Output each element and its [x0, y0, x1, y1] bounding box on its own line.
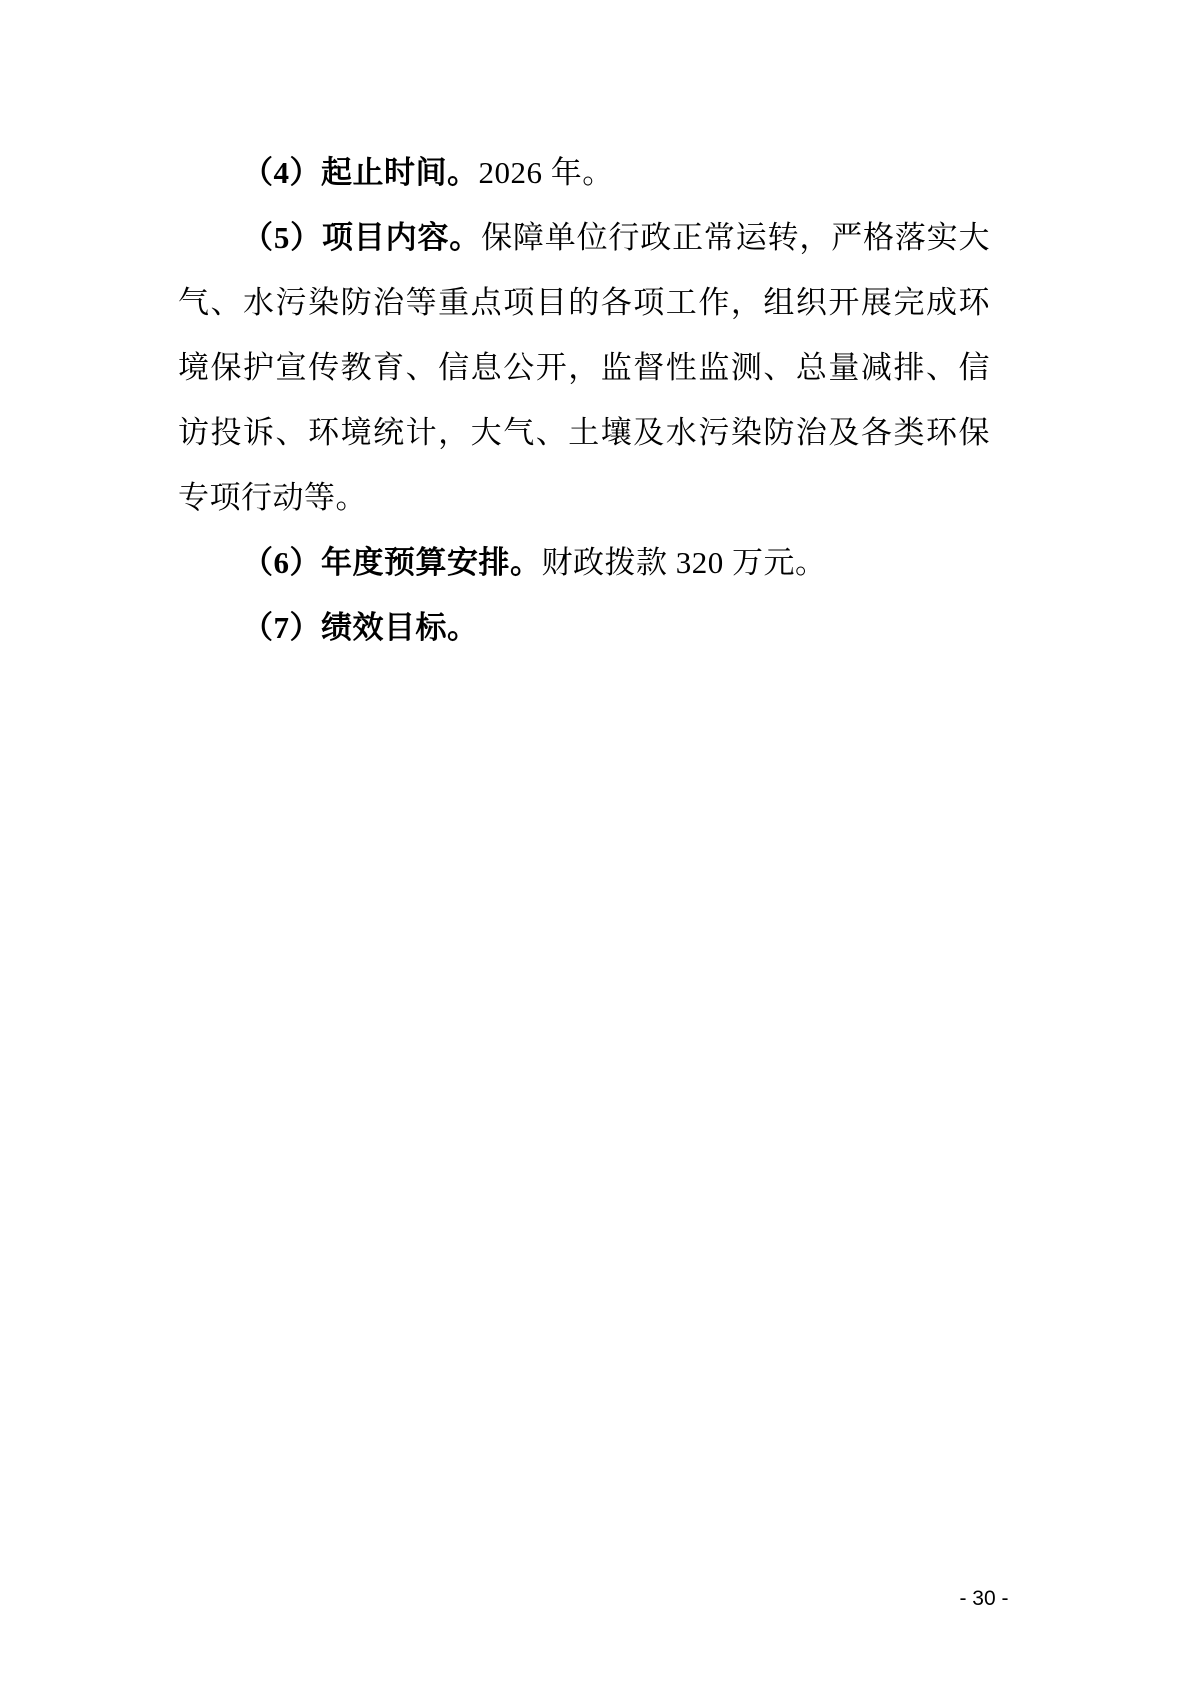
paragraph-4-start-end-time: （4）起止时间。2026 年。 [178, 140, 990, 205]
paragraph-label: （4）起止时间。 [242, 155, 479, 190]
paragraph-6-annual-budget: （6）年度预算安排。财政拨款 320 万元。 [178, 530, 990, 595]
paragraph-label: （5）项目内容。 [242, 220, 481, 255]
paragraph-5-project-content: （5）项目内容。保障单位行政正常运转，严格落实大气、水污染防治等重点项目的各项工… [178, 205, 990, 530]
paragraph-text: 保障单位行政正常运转，严格落实大气、水污染防治等重点项目的各项工作，组织开展完成… [178, 220, 990, 515]
paragraph-label: （6）年度预算安排。 [242, 545, 542, 580]
paragraph-7-performance-goal: （7）绩效目标。 [178, 595, 990, 660]
paragraph-text: 2026 年。 [479, 155, 614, 190]
paragraph-text: 财政拨款 320 万元。 [542, 545, 827, 580]
document-body: （4）起止时间。2026 年。 （5）项目内容。保障单位行政正常运转，严格落实大… [178, 140, 990, 660]
paragraph-label: （7）绩效目标。 [242, 610, 479, 645]
page-number: - 30 - [928, 1585, 1040, 1613]
document-page: （4）起止时间。2026 年。 （5）项目内容。保障单位行政正常运转，严格落实大… [0, 0, 1190, 1683]
